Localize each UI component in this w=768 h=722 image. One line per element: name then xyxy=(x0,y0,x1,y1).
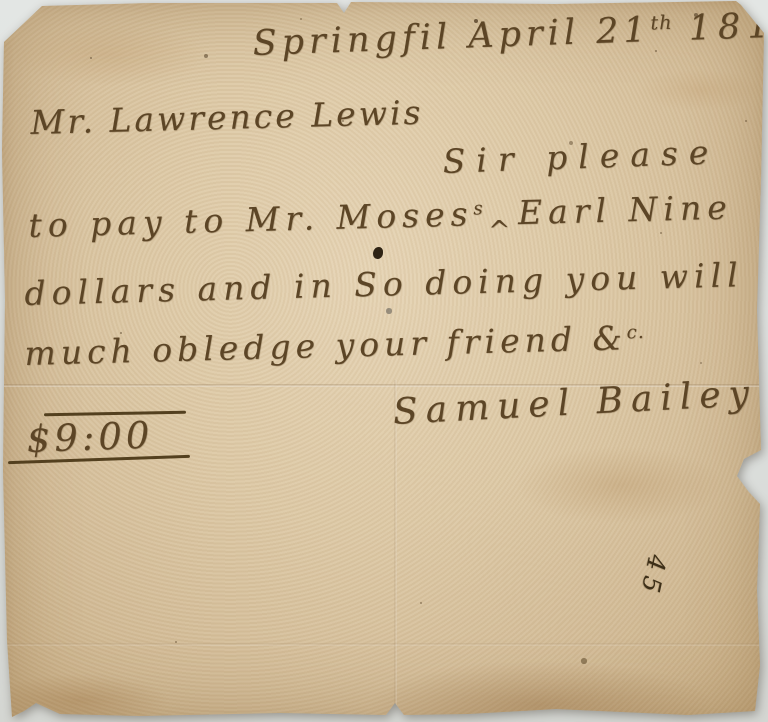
dateline-place-date: Springfil April 21 xyxy=(252,10,651,64)
fold-crease-horizontal-lower xyxy=(0,643,768,646)
body-line-1: to pay to Mr. Mosess^Earl Nine xyxy=(28,188,733,245)
body-line-3: much obledge your friend &c. xyxy=(24,318,645,373)
salutation-line: Sir please xyxy=(442,132,720,181)
ink-blot xyxy=(373,247,383,259)
insertion-caret-mark: ^ xyxy=(488,215,517,247)
body-line-2: dollars and in So doing you will xyxy=(24,255,744,313)
order-text-after-insertion: Earl Nine xyxy=(517,188,733,233)
dateline: Springfil April 21th1819 xyxy=(252,5,768,64)
body-line-3-text: much obledge your friend & xyxy=(24,318,627,373)
amount: $9:00 xyxy=(26,414,154,461)
etcetera-superscript: c. xyxy=(626,322,644,343)
addressee-line: Mr. Lawrence Lewis xyxy=(30,93,424,142)
order-text-before-insertion: to pay to Mr. Moses xyxy=(28,194,474,245)
dateline-year: 1819 xyxy=(688,5,768,49)
receipt-paper: Springfil April 21th1819 Mr. Lawrence Le… xyxy=(0,0,768,722)
verso-note: 45 xyxy=(635,552,672,601)
dateline-ordinal-suffix: th xyxy=(650,11,673,35)
foxing-specks xyxy=(0,0,2,2)
paper-surface: Springfil April 21th1819 Mr. Lawrence Le… xyxy=(0,0,768,722)
insertion-superscript: s xyxy=(473,198,484,219)
signature: Samuel Bailey xyxy=(392,373,758,433)
scan-background: Springfil April 21th1819 Mr. Lawrence Le… xyxy=(0,0,768,722)
